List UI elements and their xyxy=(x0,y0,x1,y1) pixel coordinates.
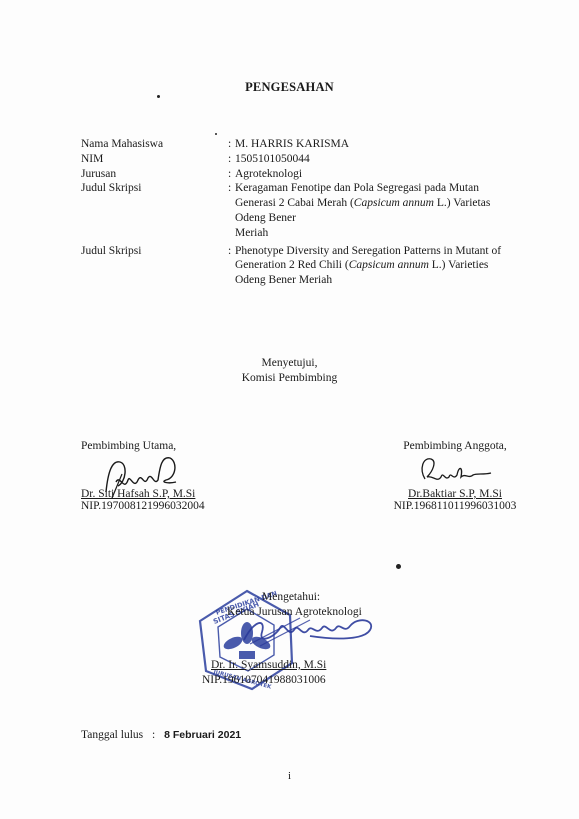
info-label: Nama Mahasiswa xyxy=(81,137,228,152)
info-label: NIM xyxy=(81,152,228,167)
page-number: i xyxy=(0,770,579,782)
thesis-title-english: Phenotype Diversity and Seregation Patte… xyxy=(235,244,551,288)
approval-heading: Menyetujui, Komisi Pembimbing xyxy=(0,356,579,386)
info-value: Agroteknologi xyxy=(235,167,551,182)
info-value: 1505101050044 xyxy=(235,152,551,167)
head-nip: NIP.196107041988031006 xyxy=(202,673,422,688)
supervisor-nip: NIP.196811011996031003 xyxy=(390,500,520,512)
title-line: Odeng Bener Meriah xyxy=(235,273,551,288)
approval-line: Menyetujui, xyxy=(0,356,579,371)
colon: : xyxy=(228,167,235,182)
committee-line: Komisi Pembimbing xyxy=(0,371,579,386)
title-line: Phenotype Diversity and Seregation Patte… xyxy=(235,244,551,259)
info-label: Jurusan xyxy=(81,167,228,182)
page-title: PENGESAHAN xyxy=(0,80,579,95)
info-row-nim: NIM :1505101050044 xyxy=(81,152,551,167)
title-line: Generasi 2 Cabai Merah (Capsicum annum L… xyxy=(235,196,551,211)
info-label: Judul Skripsi xyxy=(81,181,228,240)
info-row-name: Nama Mahasiswa :M. HARRIS KARISMA xyxy=(81,137,551,152)
supervisor-role: Pembimbing Anggota, xyxy=(390,440,520,452)
title-line: Keragaman Fenotipe dan Pola Segregasi pa… xyxy=(235,181,551,196)
graduation-label: Tanggal lulus xyxy=(81,729,143,741)
student-info-table: Nama Mahasiswa :M. HARRIS KARISMA NIM :1… xyxy=(81,137,551,288)
scan-speck xyxy=(215,133,217,135)
info-row-department: Jurusan :Agroteknologi xyxy=(81,167,551,182)
head-of-department-title: Ketua Jurusan Agroteknologi xyxy=(222,605,422,620)
colon: : xyxy=(228,152,235,167)
supervisor-role: Pembimbing Utama, xyxy=(81,440,205,452)
info-value: M. HARRIS KARISMA xyxy=(235,137,551,152)
thesis-title-indonesian: Keragaman Fenotipe dan Pola Segregasi pa… xyxy=(235,181,551,240)
info-label: Judul Skripsi xyxy=(81,244,228,288)
colon: : xyxy=(228,137,235,152)
colon: : xyxy=(228,181,235,240)
signature-member-icon xyxy=(415,455,495,490)
title-line: Odeng Bener xyxy=(235,211,551,226)
scan-speck xyxy=(157,95,160,98)
graduation-date-row: Tanggal lulus : 8 Februari 2021 xyxy=(81,729,241,741)
graduation-date: 8 Februari 2021 xyxy=(164,729,241,741)
acknowledgement-block: Mengetahui: Ketua Jurusan Agroteknologi … xyxy=(222,590,422,688)
scan-speck xyxy=(396,564,401,569)
signature-main-icon xyxy=(98,452,188,502)
info-row-thesis-title-en: Judul Skripsi : Phenotype Diversity and … xyxy=(81,244,551,288)
colon: : xyxy=(228,244,235,288)
title-line: Generation 2 Red Chili (Capsicum annum L… xyxy=(235,258,551,273)
title-line: Meriah xyxy=(235,226,551,241)
head-name: Dr. Ir. Syamsuddin, M.Si xyxy=(211,659,326,671)
acknowledgement-line: Mengetahui: xyxy=(222,590,422,605)
colon: : xyxy=(152,729,155,741)
info-row-thesis-title-id: Judul Skripsi : Keragaman Fenotipe dan P… xyxy=(81,181,551,240)
